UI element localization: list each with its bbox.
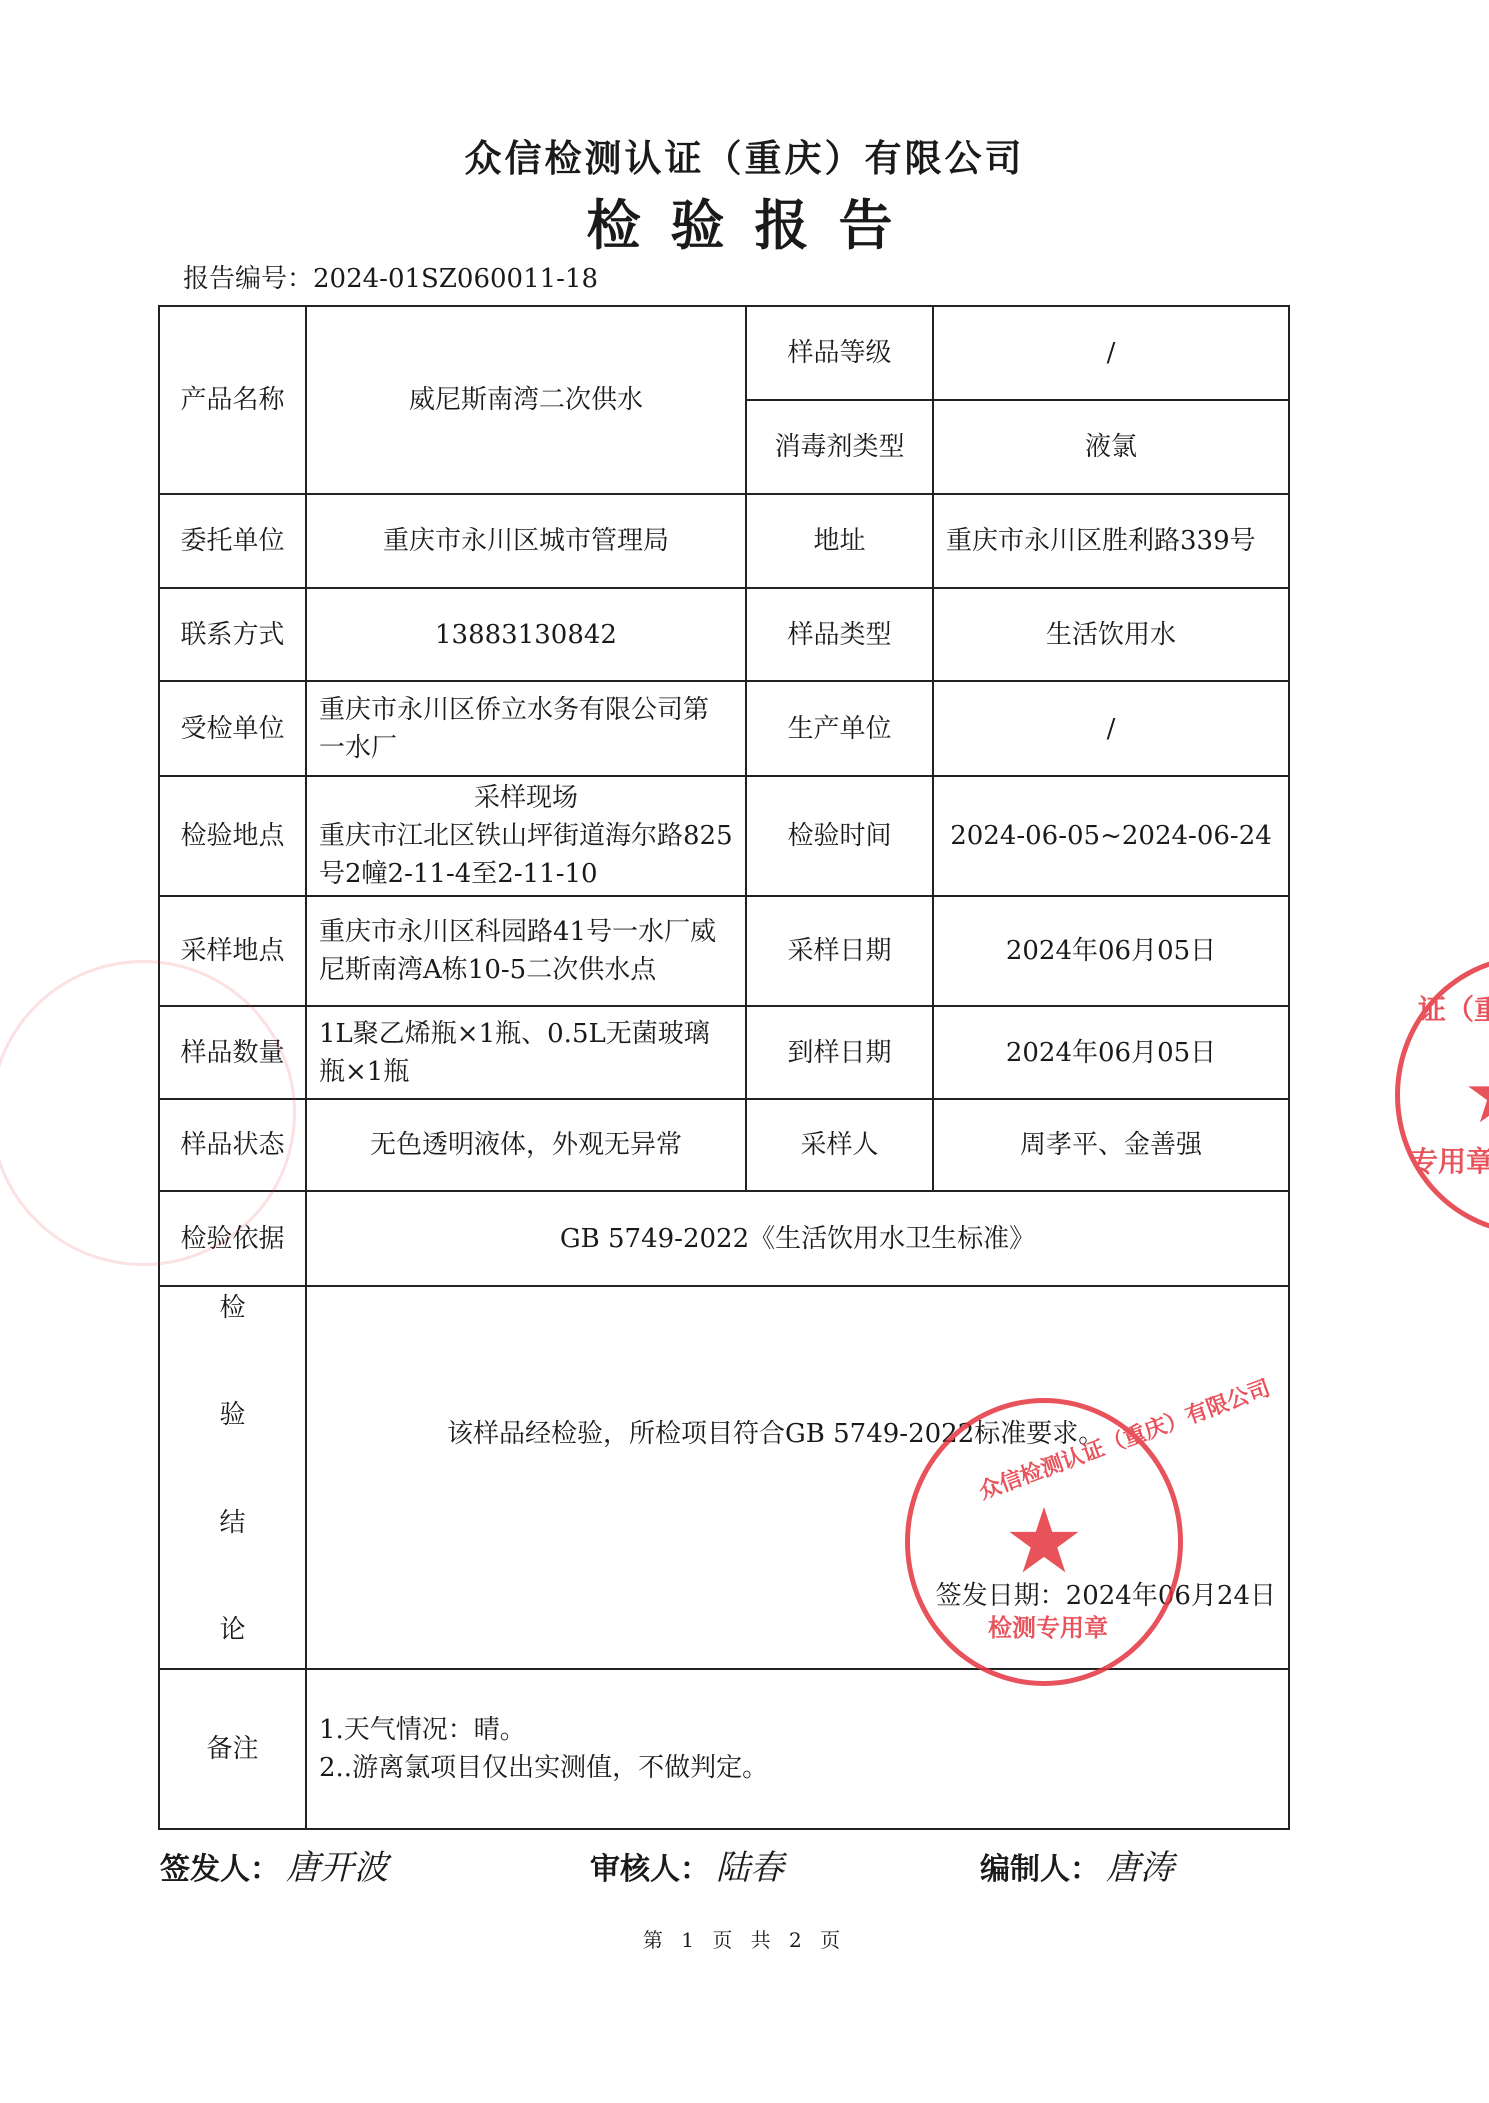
product-name-value: 威尼斯南湾二次供水	[306, 306, 746, 494]
inspection-table: 产品名称 威尼斯南湾二次供水 样品等级 / 消毒剂类型 液氯 委托单位 重庆市永…	[158, 305, 1290, 1830]
conclusion-label: 检 验 结 论	[159, 1286, 306, 1669]
grade-value: /	[933, 306, 1289, 400]
disinfectant-label: 消毒剂类型	[746, 400, 933, 494]
reviewer-label: 审核人：	[590, 1852, 710, 1887]
sampling-site-value: 重庆市永川区科园路41号一水厂威尼斯南湾A栋10-5二次供水点	[306, 896, 746, 1006]
sampler-value: 周孝平、金善强	[933, 1099, 1289, 1191]
remark-1: 1.天气情况：晴。	[319, 1711, 1276, 1749]
client-label: 委托单位	[159, 494, 306, 588]
remarks-label: 备注	[159, 1669, 306, 1829]
inspected-unit-label: 受检单位	[159, 681, 306, 776]
contact-label: 联系方式	[159, 588, 306, 681]
sampling-date-label: 采样日期	[746, 896, 933, 1006]
edge-seal-text-top: 证（重	[1418, 988, 1489, 1028]
sample-type-value: 生活饮用水	[933, 588, 1289, 681]
sampling-date-value: 2024年06月05日	[933, 896, 1289, 1006]
conclusion-char-1: 检	[219, 1289, 245, 1327]
sampling-site-label: 采样地点	[159, 896, 306, 1006]
basis-label: 检验依据	[159, 1191, 306, 1286]
arrival-date-label: 到样日期	[746, 1006, 933, 1099]
producer-label: 生产单位	[746, 681, 933, 776]
sample-type-label: 样品类型	[746, 588, 933, 681]
edge-seal-stamp: ★ 证（重 专用章	[1395, 955, 1489, 1235]
conclusion-char-2: 验	[219, 1396, 245, 1434]
company-name: 众信检测认证（重庆）有限公司	[0, 128, 1489, 182]
conclusion-text: 该样品经检验，所检项目符合GB 5749-2022标准要求。	[447, 1415, 1104, 1453]
product-name-label: 产品名称	[159, 306, 306, 494]
inspected-unit-value: 重庆市永川区侨立水务有限公司第一水厂	[306, 681, 746, 776]
compiler-signature: 编制人：唐涛	[980, 1840, 1174, 1889]
compiler-label: 编制人：	[980, 1852, 1100, 1887]
issuer-label: 签发人：	[160, 1852, 280, 1887]
test-site-label: 检验地点	[159, 776, 306, 896]
quantity-value: 1L聚乙烯瓶×1瓶、0.5L无菌玻璃瓶×1瓶	[306, 1006, 746, 1099]
issue-date: 签发日期：2024年06月24日	[936, 1577, 1276, 1615]
reviewer-handwritten-signature: 陆春	[716, 1848, 784, 1888]
quantity-label: 样品数量	[159, 1006, 306, 1099]
compiler-handwritten-signature: 唐涛	[1106, 1848, 1174, 1888]
edge-seal-text-bottom: 专用章	[1410, 1140, 1489, 1180]
report-number-value: 2024-01SZ060011-18	[313, 264, 598, 294]
address-value: 重庆市永川区胜利路339号	[933, 494, 1289, 588]
arrival-date-value: 2024年06月05日	[933, 1006, 1289, 1099]
basis-value: GB 5749-2022《生活饮用水卫生标准》	[306, 1191, 1289, 1286]
client-value: 重庆市永川区城市管理局	[306, 494, 746, 588]
edge-star-icon: ★	[1463, 1055, 1489, 1135]
producer-value: /	[933, 681, 1289, 776]
remarks-cell: 1.天气情况：晴。 2..游离氯项目仅出实测值，不做判定。	[306, 1669, 1289, 1829]
remark-2: 2..游离氯项目仅出实测值，不做判定。	[319, 1749, 1276, 1787]
disinfectant-value: 液氯	[933, 400, 1289, 494]
issuer-signature: 签发人：唐开波	[160, 1840, 388, 1889]
signature-row: 签发人：唐开波 审核人：陆春 编制人：唐涛	[160, 1840, 1290, 1920]
conclusion-char-4: 论	[219, 1611, 245, 1649]
page-number: 第 1 页 共 2 页	[0, 1924, 1489, 1953]
state-value: 无色透明液体，外观无异常	[306, 1099, 746, 1191]
grade-label: 样品等级	[746, 306, 933, 400]
reviewer-signature: 审核人：陆春	[590, 1840, 784, 1889]
test-time-value: 2024-06-05~2024-06-24	[933, 776, 1289, 896]
issuer-handwritten-signature: 唐开波	[286, 1848, 388, 1888]
report-number: 报告编号：2024-01SZ060011-18	[183, 258, 598, 295]
test-site-line1: 采样现场	[319, 779, 733, 817]
test-site-line2: 重庆市江北区铁山坪街道海尔路825号2幢2-11-4至2-11-10	[319, 817, 733, 893]
test-site-value: 采样现场 重庆市江北区铁山坪街道海尔路825号2幢2-11-4至2-11-10	[306, 776, 746, 896]
contact-value: 13883130842	[306, 588, 746, 681]
state-label: 样品状态	[159, 1099, 306, 1191]
test-time-label: 检验时间	[746, 776, 933, 896]
sampler-label: 采样人	[746, 1099, 933, 1191]
conclusion-char-3: 结	[219, 1504, 245, 1542]
conclusion-cell: 该样品经检验，所检项目符合GB 5749-2022标准要求。 签发日期：2024…	[306, 1286, 1289, 1669]
address-label: 地址	[746, 494, 933, 588]
report-number-label: 报告编号：	[183, 264, 313, 294]
report-title: 检验报告	[0, 183, 1489, 260]
